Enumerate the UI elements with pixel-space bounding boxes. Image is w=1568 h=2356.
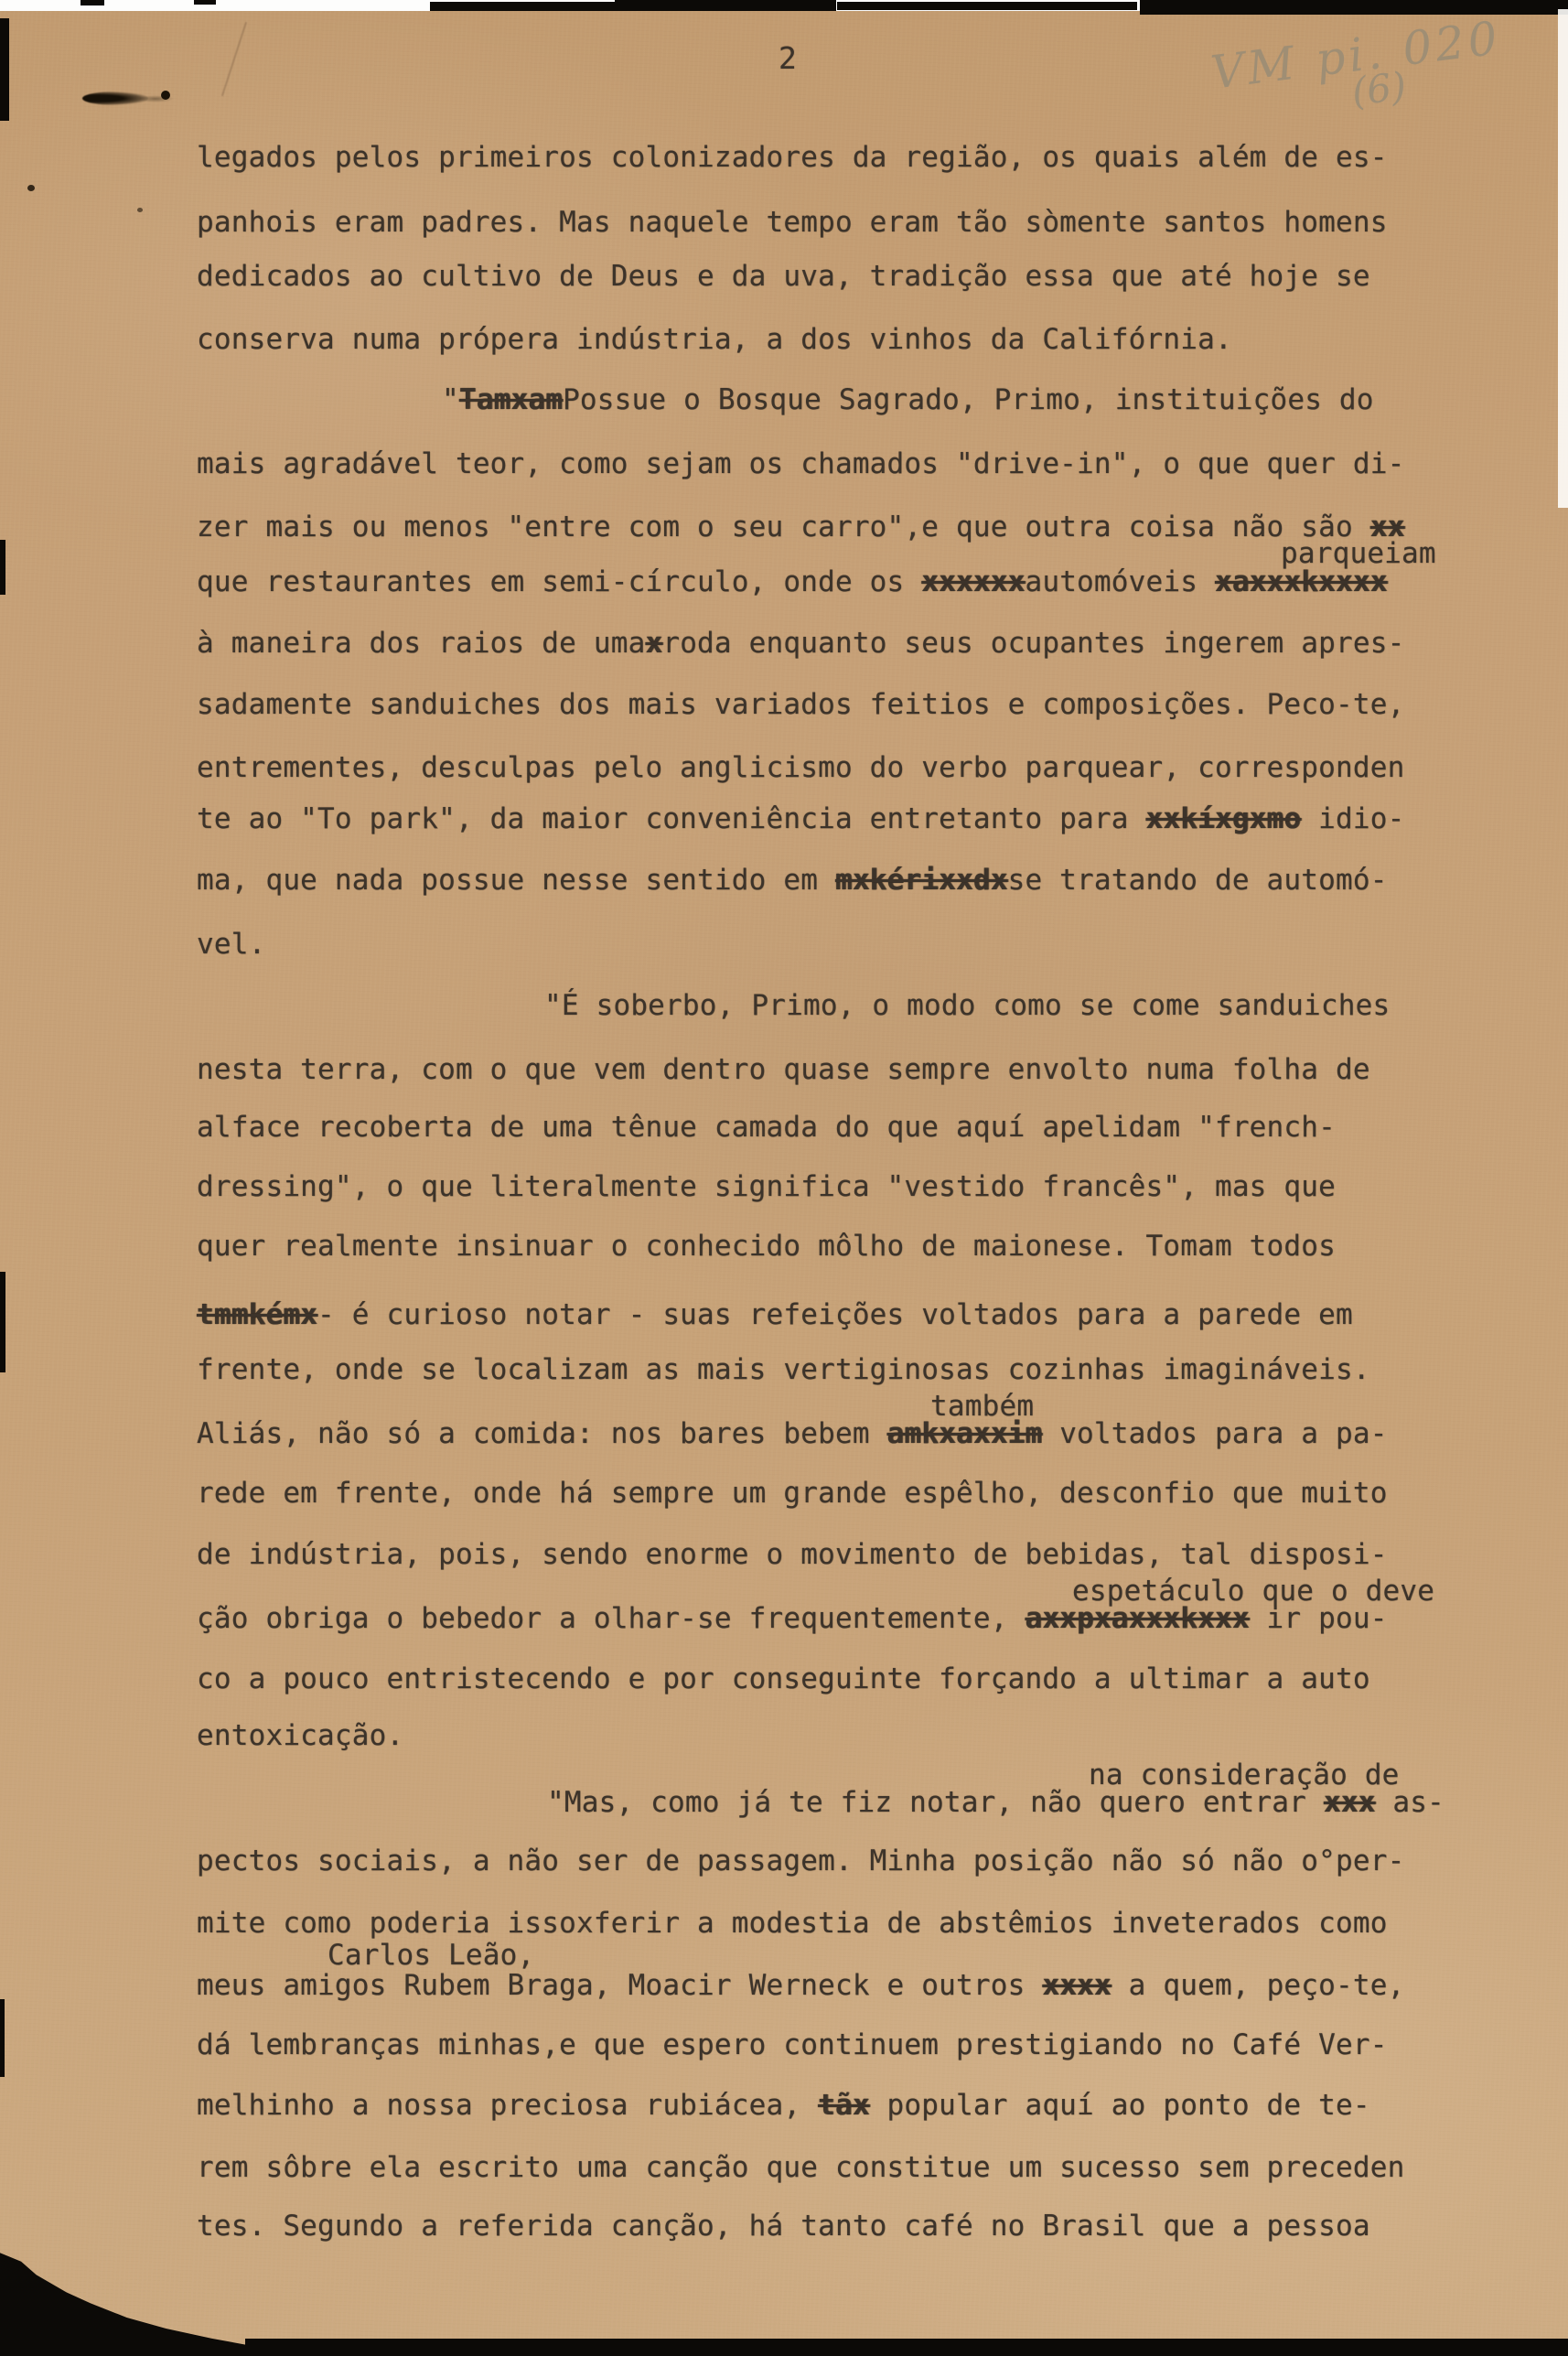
typewriter-line: zer mais ou menos "entre com o seu carro…	[197, 513, 1404, 542]
typewriter-line: alface recoberta de uma tênue camada do …	[197, 1113, 1336, 1142]
typewriter-line: legados pelos primeiros colonizadores da…	[197, 144, 1388, 172]
typewriter-text: conserva numa própera indústria, a dos v…	[197, 323, 1232, 356]
typewriter-line: melhinho a nossa preciosa rubiácea, tãx …	[197, 2092, 1370, 2120]
typewriter-line: Carlos Leão,	[328, 1942, 534, 1970]
typewriter-line: nesta terra, com o que vem dentro quase …	[197, 1056, 1370, 1084]
struck-out-text: tãx	[818, 2089, 870, 2122]
typewriter-text: idio-	[1301, 802, 1404, 835]
scan-mark-left	[0, 1272, 5, 1372]
typewriter-text: vel.	[197, 928, 265, 961]
typewriter-text: legados pelos primeiros colonizadores da…	[197, 141, 1388, 174]
typewriter-line: sadamente sanduiches dos mais variados f…	[197, 691, 1404, 719]
typewriter-line: mite como poderia issoxferir a modestia …	[197, 1910, 1388, 1938]
typewriter-text: alface recoberta de uma tênue camada do …	[197, 1111, 1336, 1144]
typewriter-line: tes. Segundo a referida canção, há tanto…	[197, 2212, 1370, 2241]
scan-strip-top	[615, 0, 836, 11]
typewriter-line: entrementes, desculpas pelo anglicismo d…	[197, 754, 1404, 782]
typewriter-line: ma, que nada possue nesse sentido em mxk…	[197, 866, 1388, 895]
typewriter-text: dressing", o que literalmente significa …	[197, 1170, 1336, 1203]
typewriter-line: pectos sociais, a não ser de passagem. M…	[197, 1847, 1404, 1876]
typewriter-line: entoxicação.	[197, 1722, 403, 1750]
struck-out-text: tmmkémx	[197, 1298, 317, 1331]
struck-out-text: axxpxaxxxkxxx	[1025, 1602, 1249, 1635]
struck-out-text: xxx	[1324, 1786, 1376, 1819]
typewriter-text: Carlos Leão,	[328, 1939, 534, 1972]
typewriter-line: "Mas, como já te fiz notar, não quero en…	[547, 1789, 1444, 1817]
typewriter-text: zer mais ou menos "entre com o seu carro…	[197, 511, 1370, 543]
scan-edge-right-white	[1558, 9, 1568, 508]
scan-mark-top	[81, 0, 104, 5]
struck-out-text: xxxx	[1042, 1969, 1111, 2002]
struck-out-text: xaxxxkxxxx	[1215, 565, 1388, 598]
struck-out-text: Tamxam	[459, 383, 563, 416]
scan-mark-left	[0, 540, 5, 595]
typewriter-line: te ao "To park", da maior conveniência e…	[197, 805, 1404, 834]
typewriter-text: mite como poderia issoxferir a modestia …	[197, 1907, 1388, 1940]
typewriter-line: frente, onde se localizam as mais vertig…	[197, 1356, 1370, 1384]
scanned-document-page: 2 VM pi. 020 (6) legados pelos primeiros…	[0, 0, 1568, 2356]
typewriter-text: Aliás, não só a comida: nos bares bebem	[197, 1417, 887, 1450]
typewriter-text: nesta terra, com o que vem dentro quase …	[197, 1053, 1370, 1086]
typewriter-text: popular aquí ao ponto de te-	[870, 2089, 1370, 2122]
typewriter-text: "	[442, 383, 459, 416]
typewriter-line: co a pouco entristecendo e por conseguin…	[197, 1665, 1370, 1694]
typewriter-line: tmmkémx- é curioso notar - suas refeiçõe…	[197, 1301, 1353, 1329]
typewriter-text: entrementes, desculpas pelo anglicismo d…	[197, 751, 1404, 784]
typewriter-text: de indústria, pois, sendo enorme o movim…	[197, 1538, 1388, 1571]
typewriter-text: rem sôbre ela escrito uma canção que con…	[197, 2151, 1404, 2184]
typewriter-line: panhois eram padres. Mas naquele tempo e…	[197, 209, 1388, 237]
ink-speck	[27, 185, 35, 191]
typewriter-text: panhois eram padres. Mas naquele tempo e…	[197, 206, 1388, 239]
typewriter-text: a quem, peço-te,	[1112, 1969, 1405, 2002]
typewriter-text: Possue o Bosque Sagrado, Primo, institui…	[563, 383, 1374, 416]
scan-strip-top	[837, 2, 1137, 10]
typewriter-line: dedicados ao cultivo de Deus e da uva, t…	[197, 263, 1370, 291]
typewriter-text: que restaurantes em semi-círculo, onde o…	[197, 565, 921, 598]
scan-strip-top	[430, 2, 618, 11]
typewriter-text: se tratando de automó-	[1008, 864, 1388, 897]
typewriter-line: meus amigos Rubem Braga, Moacir Werneck …	[197, 1972, 1404, 2000]
typewriter-line: parqueiam	[1281, 540, 1436, 568]
typewriter-text: pectos sociais, a não ser de passagem. M…	[197, 1845, 1404, 1877]
typewriter-text: ir pou-	[1250, 1602, 1388, 1635]
typewriter-text: voltados para a pa-	[1042, 1417, 1387, 1450]
typewriter-line: de indústria, pois, sendo enorme o movim…	[197, 1541, 1388, 1569]
typewriter-text: quer realmente insinuar o conhecido môlh…	[197, 1230, 1336, 1263]
struck-out-text: amkxaxxim	[887, 1417, 1043, 1450]
scan-mark-left	[0, 1999, 5, 2077]
struck-out-text: xxxxxx	[921, 565, 1025, 598]
typewriter-text: te ao "To park", da maior conveniência e…	[197, 802, 1146, 835]
typewriter-text: automóveis	[1025, 565, 1215, 598]
typewriter-line: conserva numa própera indústria, a dos v…	[197, 326, 1232, 354]
typewriter-text: mais agradável teor, como sejam os chama…	[197, 447, 1404, 480]
struck-out-text: xxkíxgxmo	[1146, 802, 1302, 835]
typewriter-text: tes. Segundo a referida canção, há tanto…	[197, 2210, 1370, 2243]
typewriter-line: mais agradável teor, como sejam os chama…	[197, 450, 1404, 479]
handwritten-annotation: VM pi. 020 (6)	[1208, 9, 1528, 132]
ink-speck	[161, 91, 170, 100]
typewriter-line: quer realmente insinuar o conhecido môlh…	[197, 1232, 1336, 1261]
scan-strip-bottom	[245, 2339, 1568, 2356]
typewriter-line: que restaurantes em semi-círculo, onde o…	[197, 568, 1388, 597]
typewriter-line: à maneira dos raios de umaxroda enquanto…	[197, 629, 1404, 658]
typewriter-text: rede em frente, onde há sempre um grande…	[197, 1477, 1388, 1510]
typewriter-text: meus amigos Rubem Braga, Moacir Werneck …	[197, 1969, 1042, 2002]
typewriter-text: roda enquanto seus ocupantes ingerem apr…	[662, 627, 1404, 660]
typewriter-text: entoxicação.	[197, 1719, 403, 1752]
typewriter-text: melhinho a nossa preciosa rubiácea,	[197, 2089, 818, 2122]
typewriter-text: - é curioso notar - suas refeições volta…	[317, 1298, 1353, 1331]
typewriter-text: as-	[1375, 1786, 1444, 1819]
typewriter-text: "Mas, como já te fiz notar, não quero en…	[547, 1786, 1324, 1819]
typewriter-line: rem sôbre ela escrito uma canção que con…	[197, 2154, 1404, 2182]
typewriter-line: "É soberbo, Primo, o modo como se come s…	[544, 992, 1390, 1020]
typewriter-line: dressing", o que literalmente significa …	[197, 1173, 1336, 1201]
typewriter-text: dá lembranças minhas,e que espero contin…	[197, 2028, 1388, 2061]
typewriter-line: vel.	[197, 931, 265, 959]
page-number: 2	[779, 40, 797, 76]
typewriter-line: ção obriga o bebedor a olhar-se frequent…	[197, 1605, 1388, 1633]
scan-mark-left	[0, 18, 9, 121]
typewriter-line: rede em frente, onde há sempre um grande…	[197, 1479, 1388, 1508]
ink-speck	[137, 208, 143, 212]
typewriter-text: frente, onde se localizam as mais vertig…	[197, 1353, 1370, 1386]
typewriter-line: "TamxamPossue o Bosque Sagrado, Primo, i…	[442, 386, 1374, 414]
typewriter-text: ma, que nada possue nesse sentido em	[197, 864, 835, 897]
typewriter-text: co a pouco entristecendo e por conseguin…	[197, 1662, 1370, 1695]
typewriter-text: à maneira dos raios de uma	[197, 627, 645, 660]
struck-out-text: mxkérixxdx	[835, 864, 1008, 897]
typewriter-text: sadamente sanduiches dos mais variados f…	[197, 688, 1404, 721]
typewriter-text: ção obriga o bebedor a olhar-se frequent…	[197, 1602, 1025, 1635]
struck-out-text: x	[645, 627, 662, 660]
typewriter-text: "É soberbo, Primo, o modo como se come s…	[544, 989, 1390, 1022]
typewriter-text: dedicados ao cultivo de Deus e da uva, t…	[197, 260, 1370, 293]
typewriter-line: dá lembranças minhas,e que espero contin…	[197, 2031, 1388, 2060]
typewriter-line: Aliás, não só a comida: nos bares bebem …	[197, 1420, 1388, 1448]
paper-crease	[221, 22, 247, 96]
scan-mark-top	[194, 0, 216, 5]
